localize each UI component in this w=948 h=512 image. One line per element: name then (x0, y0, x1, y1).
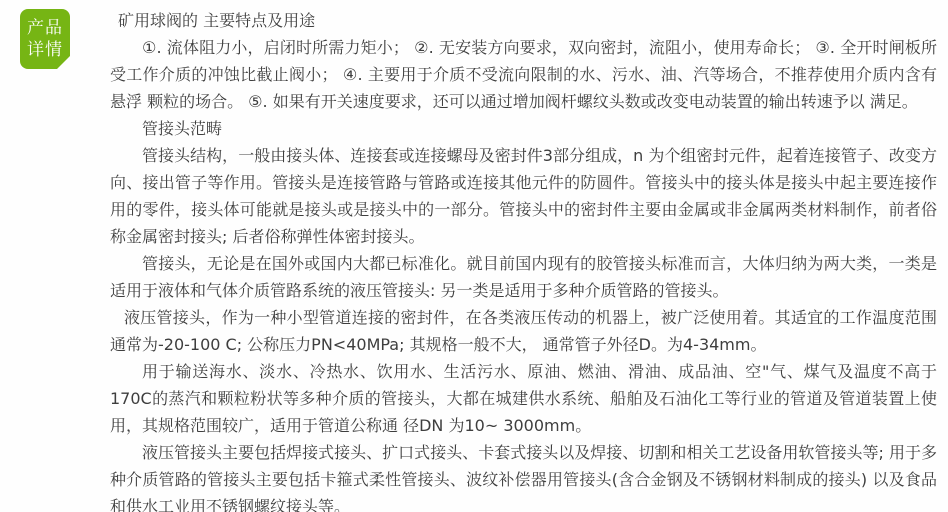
joint-types-paragraph: 液压管接头主要包括焊接式接头、扩口式接头、卡套式接头以及焊接、切割和相关工艺设备… (110, 439, 937, 512)
structure-paragraph: 管接头结构，一般由接头体、连接套或连接螺母及密封件3部分组成，n 为个组密封元件… (110, 142, 937, 250)
product-description: 矿用球阀的 主要特点及用途 ①. 流体阻力小，启闭时所需力矩小； ②. 无安装方… (110, 7, 937, 512)
product-details-badge-line1: 产品 (27, 17, 63, 39)
subsection-heading: 管接头范畴 (110, 115, 937, 142)
hydraulic-joint-paragraph: 液压管接头，作为一种小型管道连接的密封件，在各类液压传动的机器上，被广泛使用着。… (110, 304, 937, 358)
product-details-badge: 产品 详情 (20, 9, 70, 69)
media-usage-paragraph: 用于输送海水、淡水、冷热水、饮用水、生活污水、原油、燃油、滑油、成品油、空"气、… (110, 358, 937, 439)
section-heading: 矿用球阀的 主要特点及用途 (110, 7, 937, 34)
badge-corner-cut (57, 56, 70, 69)
product-detail-page: 产品 详情 矿用球阀的 主要特点及用途 ①. 流体阻力小，启闭时所需力矩小； ②… (0, 0, 948, 512)
features-paragraph: ①. 流体阻力小，启闭时所需力矩小； ②. 无安装方向要求，双向密封，流阻小，使… (110, 34, 937, 115)
standardization-paragraph: 管接头，无论是在国外或国内大都已标准化。就目前国内现有的胶管接头标准而言，大体归… (110, 250, 937, 304)
